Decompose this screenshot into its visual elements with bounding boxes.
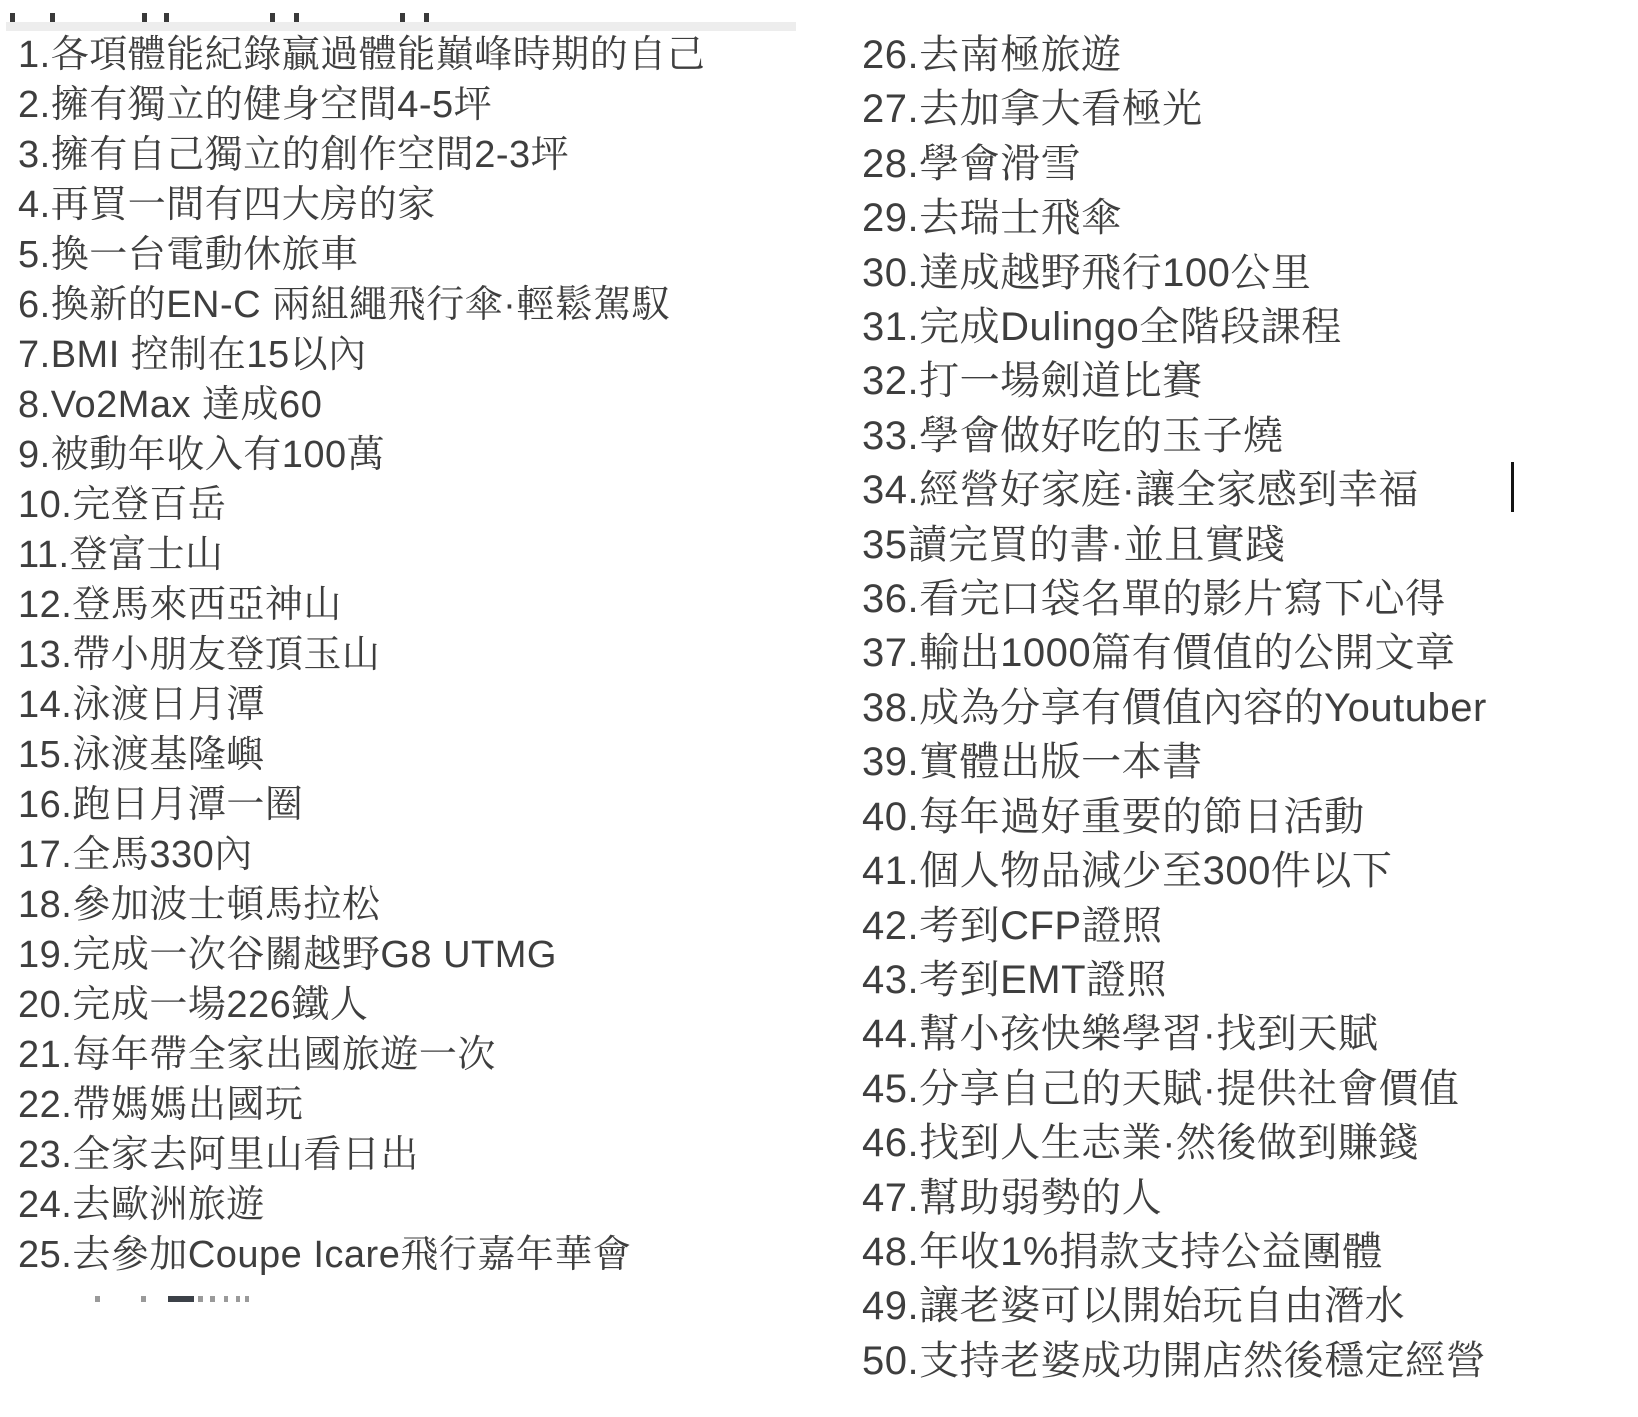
clipped-glyph-mark — [168, 1296, 194, 1302]
list-item[interactable]: 46.找到人生志業·然後做到賺錢 — [862, 1116, 1487, 1170]
clipped-glyph-mark — [210, 1296, 215, 1302]
list-item[interactable]: 42.考到CFP證照 — [862, 899, 1487, 953]
list-item[interactable]: 4.再買一間有四大房的家 — [18, 180, 705, 230]
text-caret — [1511, 462, 1514, 512]
list-item[interactable]: 32.打一場劍道比賽 — [862, 354, 1487, 408]
list-item[interactable]: 43.考到EMT證照 — [862, 953, 1487, 1007]
clipped-glyph-dot — [400, 13, 405, 22]
list-item[interactable]: 26.去南極旅遊 — [862, 28, 1487, 82]
list-item[interactable]: 33.學會做好吃的玉子燒 — [862, 409, 1487, 463]
clipped-glyph-dot — [164, 13, 169, 22]
list-item[interactable]: 16.跑日月潭一圈 — [18, 780, 705, 830]
clipped-glyph-dot — [10, 13, 15, 22]
list-item[interactable]: 45.分享自己的天賦·提供社會價值 — [862, 1062, 1487, 1116]
list-item[interactable]: 28.學會滑雪 — [862, 137, 1487, 191]
list-item[interactable]: 50.支持老婆成功開店然後穩定經營 — [862, 1334, 1487, 1388]
list-item[interactable]: 35讀完買的書·並且實踐 — [862, 518, 1487, 572]
list-item[interactable]: 47.幫助弱勢的人 — [862, 1171, 1487, 1225]
list-item[interactable]: 3.擁有自己獨立的創作空間2-3坪 — [18, 130, 705, 180]
list-item[interactable]: 36.看完口袋名單的影片寫下心得 — [862, 572, 1487, 626]
clipped-glyph-dot — [50, 13, 55, 22]
list-item[interactable]: 25.去參加Coupe Icare飛行嘉年華會 — [18, 1230, 705, 1280]
list-item[interactable]: 22.帶媽媽出國玩 — [18, 1080, 705, 1130]
list-item[interactable]: 11.登富士山 — [18, 530, 705, 580]
list-item[interactable]: 18.參加波士頓馬拉松 — [18, 880, 705, 930]
clipped-glyph-mark — [224, 1296, 228, 1302]
list-item[interactable]: 15.泳渡基隆嶼 — [18, 730, 705, 780]
list-item[interactable]: 21.每年帶全家出國旅遊一次 — [18, 1030, 705, 1080]
list-item[interactable]: 34.經營好家庭·讓全家感到幸福 — [862, 463, 1487, 517]
list-item[interactable]: 31.完成Dulingo全階段課程 — [862, 300, 1487, 354]
list-item[interactable]: 10.完登百岳 — [18, 480, 705, 530]
clipped-glyph-dot — [294, 13, 299, 22]
clipped-glyph-mark — [141, 1296, 146, 1302]
clipped-glyph-mark — [198, 1296, 203, 1302]
clipped-glyph-dot — [270, 13, 275, 22]
list-item[interactable]: 14.泳渡日月潭 — [18, 680, 705, 730]
list-item[interactable]: 49.讓老婆可以開始玩自由潛水 — [862, 1279, 1487, 1333]
clipped-glyph-dot — [142, 13, 147, 22]
list-item[interactable]: 19.完成一次谷關越野G8 UTMG — [18, 930, 705, 980]
list-item[interactable]: 37.輸出1000篇有價值的公開文章 — [862, 626, 1487, 680]
clipped-glyph-mark — [236, 1296, 240, 1302]
list-item[interactable]: 7.BMI 控制在15以內 — [18, 330, 705, 380]
list-item[interactable]: 6.換新的EN-C 兩組繩飛行傘·輕鬆駕馭 — [18, 280, 705, 330]
list-item[interactable]: 9.被動年收入有100萬 — [18, 430, 705, 480]
list-item[interactable]: 27.去加拿大看極光 — [862, 82, 1487, 136]
list-item[interactable]: 39.實體出版一本書 — [862, 735, 1487, 789]
list-item[interactable]: 17.全馬330內 — [18, 830, 705, 880]
list-item[interactable]: 40.每年過好重要的節日活動 — [862, 790, 1487, 844]
clipped-glyph-mark — [95, 1296, 100, 1302]
list-item[interactable]: 5.換一台電動休旅車 — [18, 230, 705, 280]
list-item[interactable]: 29.去瑞士飛傘 — [862, 191, 1487, 245]
list-item[interactable]: 30.達成越野飛行100公里 — [862, 246, 1487, 300]
list-item[interactable]: 8.Vo2Max 達成60 — [18, 380, 705, 430]
list-item[interactable]: 2.擁有獨立的健身空間4-5坪 — [18, 80, 705, 130]
list-item[interactable]: 24.去歐洲旅遊 — [18, 1180, 705, 1230]
goal-list-left: 1.各項體能紀錄贏過體能巔峰時期的自己2.擁有獨立的健身空間4-5坪3.擁有自己… — [18, 30, 705, 1280]
clipped-text-line-bottom — [0, 1296, 300, 1303]
clipped-glyph-mark — [245, 1296, 249, 1302]
list-item[interactable]: 41.個人物品減少至300件以下 — [862, 844, 1487, 898]
list-item[interactable]: 20.完成一場226鐵人 — [18, 980, 705, 1030]
list-item[interactable]: 23.全家去阿里山看日出 — [18, 1130, 705, 1180]
list-item[interactable]: 1.各項體能紀錄贏過體能巔峰時期的自己 — [18, 30, 705, 80]
clipped-glyph-dot — [424, 13, 429, 22]
list-item[interactable]: 13.帶小朋友登頂玉山 — [18, 630, 705, 680]
list-item[interactable]: 48.年收1%捐款支持公益團體 — [862, 1225, 1487, 1279]
goal-list-right: 26.去南極旅遊27.去加拿大看極光28.學會滑雪29.去瑞士飛傘30.達成越野… — [862, 28, 1487, 1388]
list-item[interactable]: 12.登馬來西亞神山 — [18, 580, 705, 630]
list-item[interactable]: 44.幫小孩快樂學習·找到天賦 — [862, 1007, 1487, 1061]
list-item[interactable]: 38.成為分享有價值內容的Youtuber — [862, 681, 1487, 735]
